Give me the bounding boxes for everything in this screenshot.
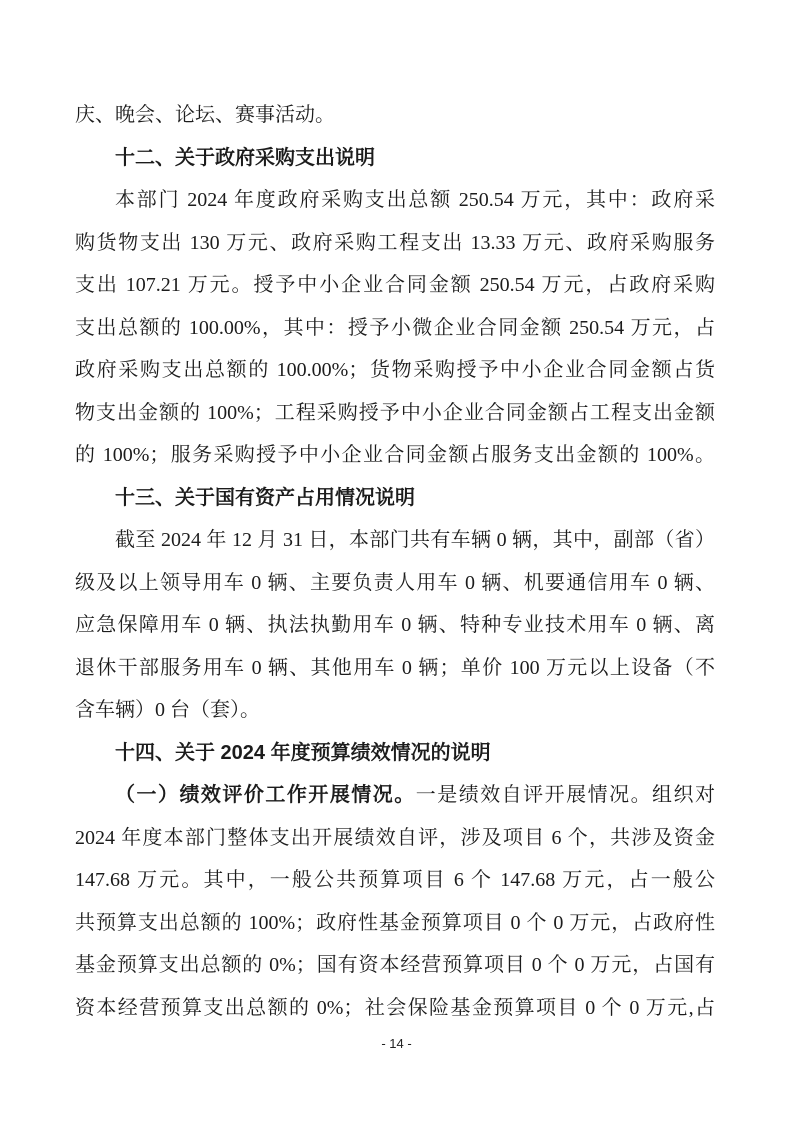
body-line: 本部门 2024 年度政府采购支出总额 250.54 万元，其中：政府采 [75,179,715,222]
body-line: （一）绩效评价工作开展情况。一是绩效自评开展情况。组织对 [75,774,715,817]
section-heading-14: 十四、关于 2024 年度预算绩效情况的说明 [75,732,715,775]
body-line: 政府采购支出总额的 100.00%；货物采购授予中小企业合同金额占货 [75,349,715,392]
body-line: 购货物支出 130 万元、政府采购工程支出 13.33 万元、政府采购服务 [75,222,715,265]
body-line: 级及以上领导用车 0 辆、主要负责人用车 0 辆、机要通信用车 0 辆、 [75,562,715,605]
body-line: 截至 2024 年 12 月 31 日，本部门共有车辆 0 辆，其中，副部（省） [75,519,715,562]
body-line: 支出 107.21 万元。授予中小企业合同金额 250.54 万元，占政府采购 [75,264,715,307]
body-line: 应急保障用车 0 辆、执法执勤用车 0 辆、特种专业技术用车 0 辆、离 [75,604,715,647]
body-line: 物支出金额的 100%；工程采购授予中小企业合同金额占工程支出金额 [75,392,715,435]
body-line: 147.68 万元。其中，一般公共预算项目 6 个 147.68 万元，占一般公 [75,859,715,902]
body-line: 2024 年度本部门整体支出开展绩效自评，涉及项目 6 个，共涉及资金 [75,817,715,860]
body-line: 含车辆）0 台（套）。 [75,689,715,732]
body-text: 一是绩效自评开展情况。组织对 [416,784,715,806]
page-number: - 14 - [0,1036,793,1051]
section-heading-12: 十二、关于政府采购支出说明 [75,137,715,180]
body-line: 退休干部服务用车 0 辆、其他用车 0 辆；单价 100 万元以上设备（不 [75,647,715,690]
subheading-lead: （一）绩效评价工作开展情况。 [115,784,416,806]
document-body: 庆、晚会、论坛、赛事活动。 十二、关于政府采购支出说明 本部门 2024 年度政… [75,94,715,1029]
document-page: 庆、晚会、论坛、赛事活动。 十二、关于政府采购支出说明 本部门 2024 年度政… [0,0,793,1122]
body-line: 共预算支出总额的 100%；政府性基金预算项目 0 个 0 万元，占政府性 [75,902,715,945]
body-line: 支出总额的 100.00%，其中：授予小微企业合同金额 250.54 万元，占 [75,307,715,350]
body-line: 庆、晚会、论坛、赛事活动。 [75,94,715,137]
body-line: 的 100%；服务采购授予中小企业合同金额占服务支出金额的 100%。 [75,434,715,477]
body-line: 资本经营预算支出总额的 0%；社会保险基金预算项目 0 个 0 万元,占 [75,987,715,1030]
body-line: 基金预算支出总额的 0%；国有资本经营预算项目 0 个 0 万元，占国有 [75,944,715,987]
section-heading-13: 十三、关于国有资产占用情况说明 [75,477,715,520]
